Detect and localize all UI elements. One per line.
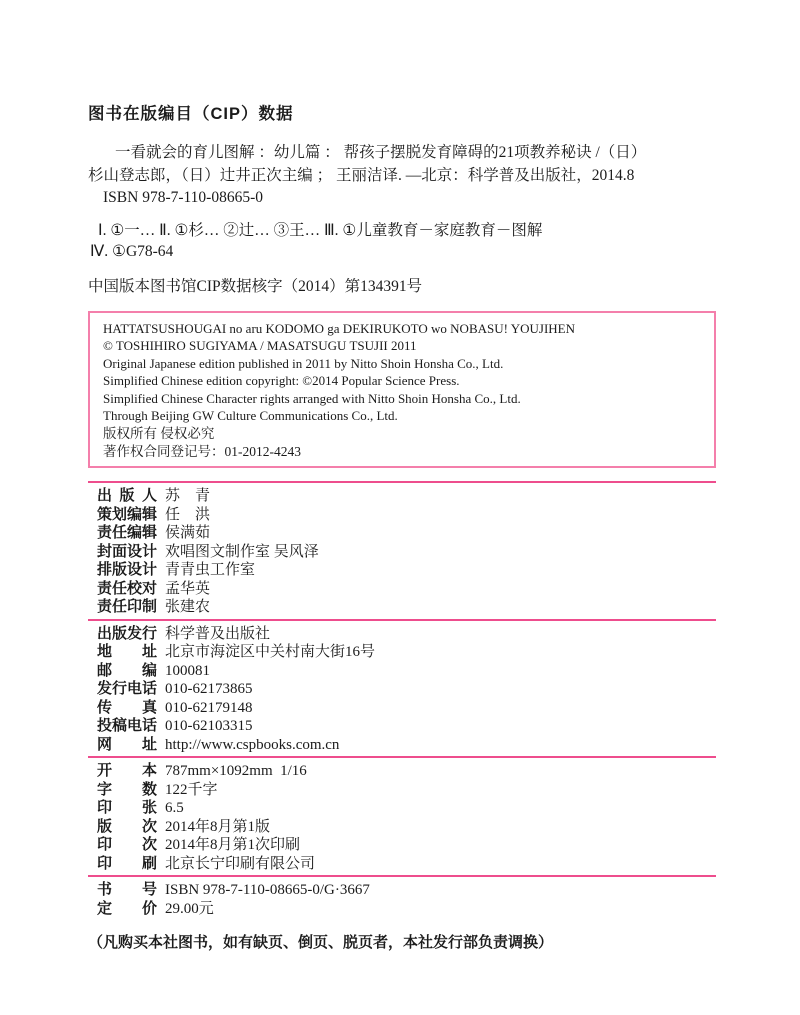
row-label: 出版发行 (97, 625, 157, 643)
book-row-isbn: 书号 ISBN 978-7-110-08665-0/G·3667 (88, 881, 716, 900)
row-label: 责任校对 (97, 580, 157, 598)
staff-row-proofreader: 责任校对 孟华英 (88, 580, 716, 599)
printing-row-word-count: 字数 122千字 (88, 781, 716, 800)
printing-row-format: 开本 787mm×1092mm 1/16 (88, 762, 716, 781)
printing-row-sheets: 印张 6.5 (88, 799, 716, 818)
row-value: 100081 (165, 663, 210, 681)
publishing-row-website: 网址 http://www.cspbooks.com.cn (88, 736, 716, 755)
copyright-page: 图书在版编目（CIP）数据 一看就会的育儿图解 ：幼儿篇 ： 帮孩子摆脱发育障碍… (0, 0, 800, 1015)
row-value: http://www.cspbooks.com.cn (165, 737, 339, 755)
row-value: 北京长宁印刷有限公司 (165, 856, 315, 874)
row-value: 欢唱图文制作室 吴风泽 (165, 544, 319, 562)
cip-record-number: 中国版本图书馆CIP数据核字（2014）第134391号 (88, 274, 716, 296)
through-agency-line: Through Beijing GW Culture Communication… (103, 407, 701, 425)
row-label: 书号 (97, 881, 157, 899)
row-label: 印次 (97, 836, 157, 854)
row-label: 邮编 (97, 662, 157, 680)
staff-row-planning-editor: 策划编辑 任 洪 (88, 506, 716, 525)
publishing-row-address: 地址 北京市海淀区中关村南大街16号 (88, 643, 716, 662)
row-value: 张建农 (165, 599, 210, 617)
publishing-block: 出版发行 科学普及出版社 地址 北京市海淀区中关村南大街16号 邮编 10008… (88, 621, 716, 757)
row-value: 122千字 (165, 782, 218, 800)
chinese-copyright-line: Simplified Chinese edition copyright: ©2… (103, 372, 701, 390)
author-copyright-line: © TOSHIHIRO SUGIYAMA / MASATSUGU TSUJII … (103, 337, 701, 355)
printing-row-printer: 印刷 北京长宁印刷有限公司 (88, 855, 716, 874)
staff-row-layout-design: 排版设计 青青虫工作室 (88, 561, 716, 580)
printing-row-edition: 版次 2014年8月第1版 (88, 818, 716, 837)
row-label: 开本 (97, 762, 157, 780)
publishing-row-fax: 传真 010-62179148 (88, 699, 716, 718)
row-value: 29.00元 (165, 901, 214, 919)
original-title-romaji: HATTATSUSHOUGAI no aru KODOMO ga DEKIRUK… (103, 320, 701, 338)
row-label: 发行电话 (97, 680, 157, 698)
copyright-notice-box: HATTATSUSHOUGAI no aru KODOMO ga DEKIRUK… (88, 311, 716, 469)
staff-row-print-supervisor: 责任印制 张建农 (88, 598, 716, 617)
row-value: 侯满茹 (165, 525, 210, 543)
classification-line-2: Ⅳ. ①G78-64 (88, 241, 716, 262)
all-rights-reserved-line: 版权所有 侵权必究 (103, 425, 701, 443)
row-label: 排版设计 (97, 561, 157, 579)
publishing-row-distribution-phone: 发行电话 010-62173865 (88, 680, 716, 699)
row-value: ISBN 978-7-110-08665-0/G·3667 (165, 882, 370, 900)
row-value: 苏 青 (165, 488, 210, 506)
publishing-row-submission-phone: 投稿电话 010-62103315 (88, 717, 716, 736)
cip-description: 一看就会的育儿图解 ：幼儿篇 ： 帮孩子摆脱发育障碍的21项教养秘诀 /（日） … (88, 142, 716, 210)
row-label: 传真 (97, 699, 157, 717)
staff-row-responsible-editor: 责任编辑 侯满茹 (88, 524, 716, 543)
row-value: 010-62179148 (165, 700, 253, 718)
classification-line-1: Ⅰ. ①一… Ⅱ. ①杉… ②辻… ③王… Ⅲ. ①儿童教育－家庭教育－图解 (88, 220, 716, 241)
row-value: 2014年8月第1次印刷 (165, 837, 300, 855)
row-value: 科学普及出版社 (165, 626, 270, 644)
row-label: 策划编辑 (97, 506, 157, 524)
row-label: 封面设计 (97, 543, 157, 561)
cip-line-1: 一看就会的育儿图解 ：幼儿篇 ： 帮孩子摆脱发育障碍的21项教养秘诀 /（日） (88, 142, 716, 165)
row-label: 网址 (97, 736, 157, 754)
contract-registration-line: 著作权合同登记号：01-2012-4243 (103, 443, 701, 461)
row-value: 787mm×1092mm 1/16 (165, 763, 307, 781)
book-row-price: 定价 29.00元 (88, 900, 716, 919)
printing-row-impression: 印次 2014年8月第1次印刷 (88, 836, 716, 855)
row-label: 地址 (97, 643, 157, 661)
row-label: 责任印制 (97, 598, 157, 616)
book-number-block: 书号 ISBN 978-7-110-08665-0/G·3667 定价 29.0… (88, 877, 716, 920)
staff-row-cover-design: 封面设计 欢唱图文制作室 吴风泽 (88, 543, 716, 562)
row-label: 定价 (97, 900, 157, 918)
rights-arranged-line: Simplified Chinese Character rights arra… (103, 390, 701, 408)
row-value: 010-62103315 (165, 718, 253, 736)
original-edition-line: Original Japanese edition published in 2… (103, 355, 701, 373)
row-label: 印张 (97, 799, 157, 817)
cip-line-2: 杉山登志郎，（日）辻井正次主编 ； 王丽洁译. —北京：科学普及出版社，2014… (88, 165, 716, 188)
publishing-row-postcode: 邮编 100081 (88, 662, 716, 681)
row-value: 2014年8月第1版 (165, 819, 270, 837)
publishing-row-publisher: 出版发行 科学普及出版社 (88, 625, 716, 644)
row-value: 北京市海淀区中关村南大街16号 (165, 644, 375, 662)
row-label: 版次 (97, 818, 157, 836)
row-label: 出版人 (97, 487, 157, 505)
row-value: 孟华英 (165, 581, 210, 599)
row-label: 投稿电话 (97, 717, 157, 735)
row-value: 6.5 (165, 800, 184, 818)
staff-block: 出版人 苏 青 策划编辑 任 洪 责任编辑 侯满茹 封面设计 欢唱图文制作室 吴… (88, 483, 716, 619)
cip-isbn-line: ISBN 978-7-110-08665-0 (88, 187, 716, 210)
row-value: 010-62173865 (165, 681, 253, 699)
row-value: 青青虫工作室 (165, 562, 255, 580)
exchange-policy-note: （凡购买本社图书，如有缺页、倒页、脱页者，本社发行部负责调换） (88, 931, 716, 952)
cip-heading: 图书在版编目（CIP）数据 (88, 100, 716, 124)
page-content: 图书在版编目（CIP）数据 一看就会的育儿图解 ：幼儿篇 ： 帮孩子摆脱发育障碍… (88, 0, 716, 952)
row-value: 任 洪 (165, 507, 210, 525)
cip-classification: Ⅰ. ①一… Ⅱ. ①杉… ②辻… ③王… Ⅲ. ①儿童教育－家庭教育－图解 Ⅳ… (88, 220, 716, 262)
row-label: 字数 (97, 781, 157, 799)
row-label: 印刷 (97, 855, 157, 873)
staff-row-publisher-person: 出版人 苏 青 (88, 487, 716, 506)
row-label: 责任编辑 (97, 524, 157, 542)
printing-block: 开本 787mm×1092mm 1/16 字数 122千字 印张 6.5 版次 … (88, 758, 716, 875)
